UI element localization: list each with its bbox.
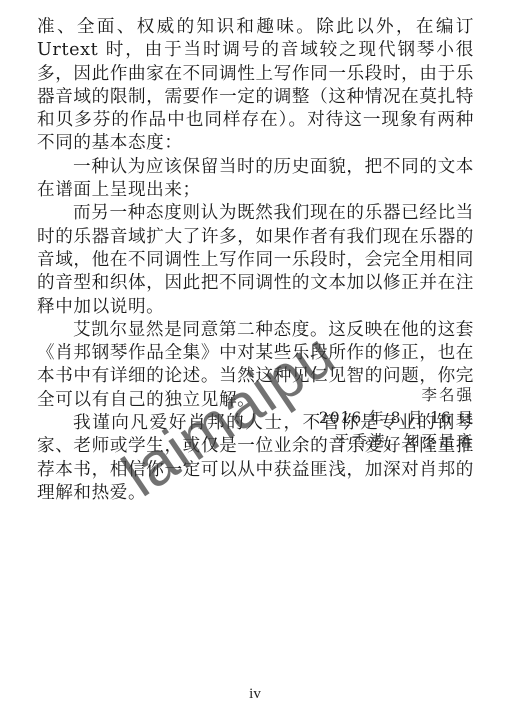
paragraph-2: 一种认为应该保留当时的历史面貌，把不同的文本在谱面上呈现出来； [37, 156, 474, 203]
paragraph-3: 而另一种态度则认为既然我们现在的乐器已经比当时的乐器音域扩大了许多，如果作者有我… [37, 202, 474, 318]
document-page: 准、全面、权威的知识和趣味。除此以外，在编订 Urtext 时，由于当时调号的音… [0, 0, 510, 721]
signature-author: 李名强 [319, 384, 474, 407]
page-number: iv [0, 686, 510, 703]
signature-place: 于香港，知不足斋 [319, 430, 474, 453]
signature-block: 李名强 2016 年 8 月 16 日 于香港，知不足斋 [319, 384, 474, 453]
paragraph-1: 准、全面、权威的知识和趣味。除此以外，在编订 Urtext 时，由于当时调号的音… [37, 16, 474, 156]
signature-date: 2016 年 8 月 16 日 [319, 407, 474, 430]
